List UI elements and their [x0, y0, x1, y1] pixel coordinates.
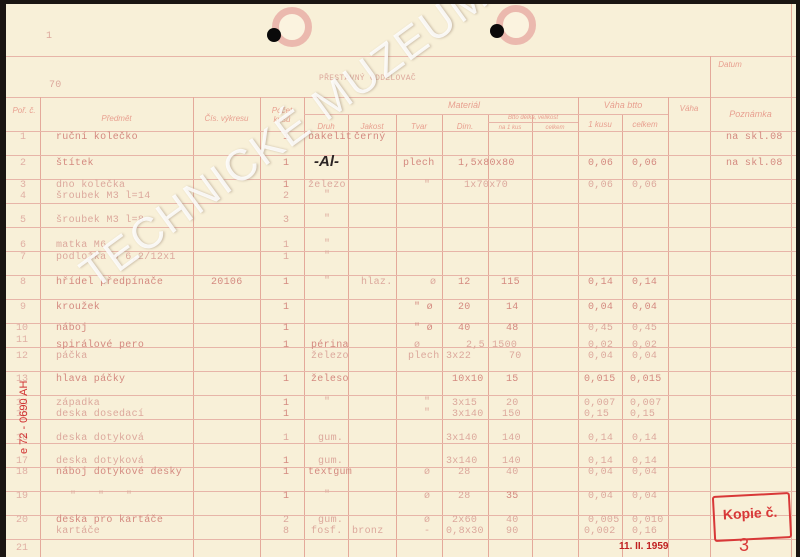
row-dim: 2x60 [452, 515, 477, 526]
row-len-piece: 48 [506, 323, 519, 334]
parts-list-card: 1 70 PŘESTAVNÝ ODDĚLOVAČ Datum Poř. č. P… [6, 4, 796, 557]
header-material: Materiál [396, 101, 532, 110]
row-pos: 18 [16, 467, 28, 478]
row-weight-total: 0,14 [632, 277, 657, 288]
card-title: PŘESTAVNÝ ODDĚLOVAČ [319, 74, 416, 83]
row-len-piece: 70 [509, 351, 522, 362]
row-pos: 17 [16, 456, 28, 467]
row-count: 1 [283, 467, 289, 478]
row-weight-piece: 0,06 [588, 180, 613, 191]
row-weight-piece: 0,04 [588, 302, 613, 313]
row-weight-total: 0,14 [632, 456, 657, 467]
row-len-piece: 140 [502, 433, 521, 444]
row-kind: textgum [308, 467, 352, 478]
row-item: kartáče [56, 526, 100, 537]
header-dim: Dim. [442, 122, 488, 131]
row-weight-total: 0,04 [632, 302, 657, 313]
row-weight-piece: 0,15 [584, 409, 609, 420]
row-pos: 8 [20, 277, 26, 288]
col-divider [668, 97, 669, 557]
row-count: 1 [283, 409, 289, 420]
col-divider [304, 97, 305, 557]
row-pos: 12 [16, 351, 28, 362]
row-item: náboj dotykové desky [56, 467, 182, 478]
row-len-piece: 15 [506, 374, 519, 385]
row-dim: 3x140 [452, 409, 484, 420]
row-shape: " [424, 180, 430, 191]
row-weight-piece: 0,007 [584, 398, 616, 409]
row-count: 1 [283, 491, 289, 502]
row-count: 1 [283, 240, 289, 251]
row-count: 1 [283, 323, 289, 334]
row-weight-piece: 0,04 [588, 491, 613, 502]
row-rule [6, 203, 796, 204]
row-weight-piece: 0,04 [588, 467, 613, 478]
row-kind: gum. [318, 515, 343, 526]
row-weight-piece: 0,45 [588, 323, 613, 334]
ink-dot-left [267, 28, 281, 42]
row-count: 1 [283, 340, 289, 351]
header-notes: Poznámka [710, 110, 791, 119]
row-dim: 12 [458, 277, 471, 288]
row-count: 1 [283, 302, 289, 313]
header-drawing: Čís. výkresu [193, 114, 260, 123]
row-weight-piece: 0,002 [584, 526, 616, 537]
row-pos: 9 [20, 302, 26, 313]
row-item: západka [56, 398, 100, 409]
row-quality: bronz [352, 526, 384, 537]
row-dim: 40 [458, 323, 471, 334]
col-divider [791, 4, 792, 557]
row-shape: " ø [414, 302, 433, 313]
row-count: 1 [283, 277, 289, 288]
row-len-piece: 35 [506, 491, 519, 502]
row-item: páčka [56, 351, 88, 362]
row-weight-total: 0,16 [632, 526, 657, 537]
copy-stamp-label: Kopie č. [722, 504, 777, 523]
row-count: 3 [283, 215, 289, 226]
row-kind: gum. [318, 456, 343, 467]
row-weight-total: 0,02 [632, 340, 657, 351]
row-count: 2 [283, 515, 289, 526]
row-item: ruční kolečko [56, 132, 138, 143]
header-gross-weight: Váha btto [578, 101, 668, 110]
row-pos: 20 [16, 515, 28, 526]
row-rule [6, 323, 796, 324]
row-item: náboj [56, 323, 88, 334]
punch-hole-left [272, 7, 312, 47]
row-pos: 21 [16, 543, 28, 554]
row-rule [6, 371, 796, 372]
row-count: 1 [283, 132, 289, 143]
row-rule [6, 395, 796, 396]
row-item: štítek [56, 158, 94, 169]
row-quality: černý [354, 132, 386, 143]
row-dim: 1,5x80x80 [458, 158, 515, 169]
row-len-piece: 40 [506, 467, 519, 478]
row-pos: 11 [16, 335, 28, 346]
row-kind: želeso [311, 374, 349, 385]
row-weight-total: 0,06 [632, 158, 657, 169]
row-weight-total: 0,14 [632, 433, 657, 444]
row-item: šroubek M3 l=8 [56, 215, 144, 226]
row-pos: 19 [16, 491, 28, 502]
row-drawing: 20106 [211, 277, 243, 288]
row-item: dno kolečka [56, 180, 125, 191]
row-weight-total: 0,04 [632, 491, 657, 502]
row-shape: ø [414, 340, 420, 351]
row-dim: 3x140 [446, 433, 478, 444]
row-len-piece: 14 [506, 302, 519, 313]
row-item: deska dosedací [56, 409, 144, 420]
row-note: na skl.08 [726, 132, 783, 143]
row-shape: " [424, 408, 430, 419]
row-dim: 2,5 [466, 340, 485, 351]
material-subrule [304, 114, 668, 115]
sheet-number: 1 [46, 31, 52, 42]
row-pos: 1 [20, 132, 26, 143]
row-kind: " [324, 251, 330, 262]
row-weight-piece: 0,02 [588, 340, 613, 351]
row-item: hlava páčky [56, 374, 125, 385]
row-weight-total: 0,04 [632, 467, 657, 478]
row-item: hřídel předpínače [56, 277, 163, 288]
row-count: 1 [283, 252, 289, 263]
title-rule [6, 56, 796, 57]
row-count: 8 [283, 526, 289, 537]
row-dim: 3x140 [446, 456, 478, 467]
header-weight-total: celkem [622, 120, 668, 129]
row-rule [6, 275, 796, 276]
row-count: 1 [283, 180, 289, 191]
row-shape: plech [408, 351, 440, 362]
row-rule [6, 227, 796, 228]
row-dim: 1x70x70 [464, 180, 508, 191]
row-weight-total: 0,45 [632, 323, 657, 334]
row-weight-piece: 0,06 [588, 158, 613, 169]
header-kind: Druh [304, 122, 348, 131]
handwritten-al-mark: -Al- [314, 153, 339, 170]
row-kind: gum. [318, 433, 343, 444]
row-kind: " [324, 190, 330, 201]
row-kind: " [324, 276, 330, 287]
date-stamp: 11. II. 1959 [619, 541, 669, 552]
header-item: Předmět [40, 114, 193, 123]
row-pos: 4 [20, 191, 26, 202]
row-dim: 3x15 [452, 398, 477, 409]
copy-number: 3 [739, 535, 749, 556]
row-kind: " [324, 214, 330, 225]
row-pos: 3 [20, 180, 26, 191]
row-kind: železo [311, 351, 349, 362]
row-rule [6, 539, 796, 540]
row-count: 1 [283, 398, 289, 409]
date-divider [710, 56, 711, 99]
row-weight-piece: 0,14 [588, 456, 613, 467]
copy-stamp: Kopie č. [712, 492, 792, 542]
row-rule [6, 155, 796, 156]
row-weight-total: 0,04 [632, 351, 657, 362]
col-divider [260, 97, 261, 557]
header-pos: Poř. č. [10, 106, 38, 115]
row-count: 1 [283, 456, 289, 467]
header-count: Počet kusů [264, 106, 300, 124]
col-divider [40, 97, 41, 557]
row-quality: hlaz. [361, 277, 393, 288]
row-weight-piece: 0,04 [588, 351, 613, 362]
side-inventory-note: e 72 - 0690 AH [18, 381, 30, 454]
row-count: 1 [283, 374, 289, 385]
row-shape: - [424, 526, 430, 537]
row-item: deska pro kartáče [56, 515, 163, 526]
header-shape: Tvar [396, 122, 442, 131]
row-weight-piece: 0,14 [588, 433, 613, 444]
row-count: 2 [283, 191, 289, 202]
row-item: šroubek M3 l=14 [56, 191, 151, 202]
ink-dot-right [490, 24, 504, 38]
row-weight-total: 0,010 [632, 515, 664, 526]
row-weight-piece: 0,005 [588, 515, 620, 526]
row-shape: ø [424, 491, 430, 502]
row-count: 1 [283, 158, 289, 169]
row-len-piece: 1500 [492, 340, 517, 351]
row-len-piece: 140 [502, 456, 521, 467]
row-item: deska dotyková [56, 433, 144, 444]
row-note: na skl.08 [726, 158, 783, 169]
row-item: matka M6 [56, 240, 106, 251]
row-item: spirálové pero [56, 340, 144, 351]
row-shape: " [424, 397, 430, 408]
row-kind: bakelit [308, 132, 352, 143]
row-kind: " [324, 490, 330, 501]
row-weight-total: 0,15 [630, 409, 655, 420]
group-number: 70 [49, 80, 62, 91]
row-kind: " [324, 239, 330, 250]
row-item: kroužek [56, 302, 100, 313]
punch-hole-right [496, 5, 536, 45]
row-weight-piece: 0,14 [588, 277, 613, 288]
col-divider [578, 97, 579, 557]
row-weight-total: 0,06 [632, 180, 657, 191]
row-pos: 2 [20, 158, 26, 169]
row-kind: fosf. [311, 526, 343, 537]
row-shape: ø [430, 277, 436, 288]
row-len-piece: 150 [502, 409, 521, 420]
row-item: deska dotyková [56, 456, 144, 467]
header-top-rule [6, 97, 796, 98]
date-label: Datum [710, 60, 750, 69]
header-gross-length: Btto délka, velikost [488, 114, 578, 123]
header-weight-net: Váha [668, 104, 710, 113]
row-weight-total: 0,015 [630, 374, 662, 385]
row-kind: " [324, 397, 330, 408]
col-divider [710, 97, 711, 557]
row-weight-piece: 0,015 [584, 374, 616, 385]
row-pos: 10 [16, 323, 28, 334]
row-len-piece: 40 [506, 515, 519, 526]
row-rule [6, 299, 796, 300]
row-shape: " ø [414, 323, 433, 334]
row-dim: 3x22 [446, 351, 471, 362]
header-weight-piece: 1 kusu [578, 120, 622, 129]
header-quality: Jakost [348, 122, 396, 131]
row-len-piece: 20 [506, 398, 519, 409]
row-pos: 5 [20, 215, 26, 226]
row-pos: 7 [20, 252, 26, 263]
row-len-piece: 90 [506, 526, 519, 537]
row-dim: 28 [458, 491, 471, 502]
row-shape: ø [424, 467, 430, 478]
col-divider [193, 97, 194, 557]
row-dim: 0,8x30 [446, 526, 484, 537]
row-weight-total: 0,007 [630, 398, 662, 409]
row-count: 1 [283, 433, 289, 444]
row-dim: 28 [458, 467, 471, 478]
row-pos: 6 [20, 240, 26, 251]
row-item: podložka ø 6,2/12x1 [56, 252, 176, 263]
row-len-piece: 115 [501, 277, 520, 288]
row-shape: ø [424, 515, 430, 526]
row-dim: 10x10 [452, 374, 484, 385]
row-kind: périna [311, 340, 349, 351]
row-item: " " " [70, 491, 140, 502]
row-shape: plech [403, 158, 435, 169]
row-dim: 20 [458, 302, 471, 313]
